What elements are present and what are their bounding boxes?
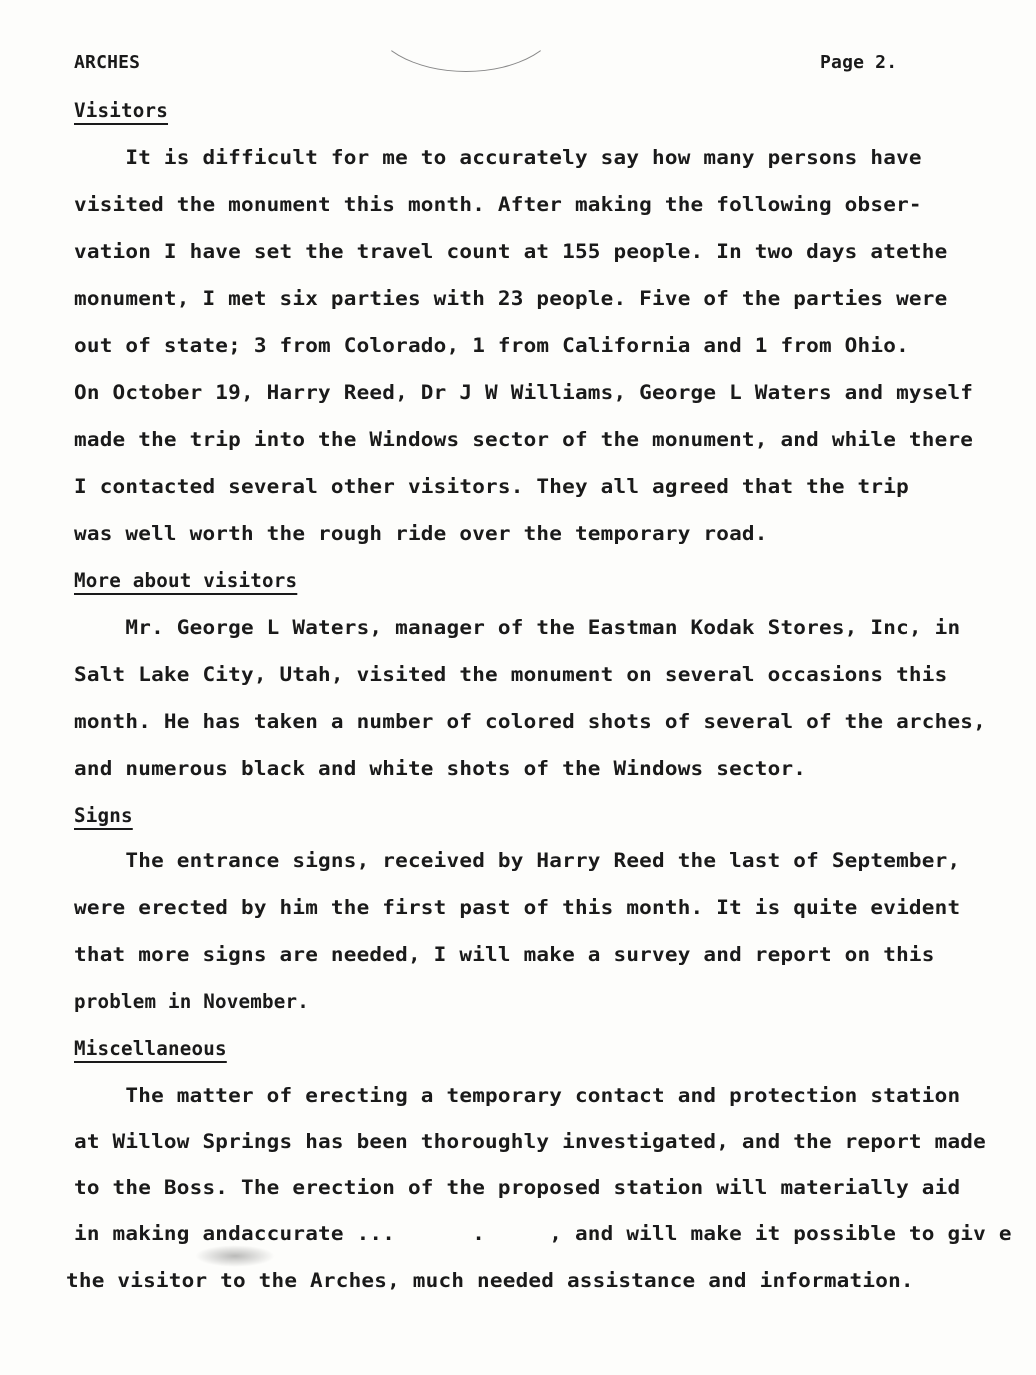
paragraph-line: I contacted several other visitors. They… [74,476,909,498]
paragraph-line: out of state; 3 from Colorado, 1 from Ca… [74,335,909,357]
paragraph-line: were erected by him the first past of th… [74,897,960,919]
paragraph-line: the visitor to the Arches, much needed a… [66,1270,914,1292]
paragraph-line: The entrance signs, received by Harry Re… [74,850,960,872]
paragraph-line: problem in November. [74,991,309,1013]
paragraph-line: made the trip into the Windows sector of… [74,429,973,451]
paragraph-line: Mr. George L Waters, manager of the East… [74,617,960,639]
section-heading-more-about-visitors: More about visitors [74,570,297,592]
paragraph-line: month. He has taken a number of colored … [74,711,986,733]
paragraph-line: at Willow Springs has been thoroughly in… [74,1131,986,1153]
paragraph-line: visited the monument this month. After m… [74,194,922,216]
paragraph-line: and numerous black and white shots of th… [74,758,806,780]
paragraph-line: that more signs are needed, I will make … [74,944,935,966]
ink-smudge [195,1245,275,1267]
section-heading-signs: Signs [74,805,133,827]
paragraph-line: It is difficult for me to accurately say… [74,147,922,169]
paragraph-line: Salt Lake City, Utah, visited the monume… [74,664,947,686]
paragraph-line: On October 19, Harry Reed, Dr J W Willia… [74,382,973,404]
paragraph-line: vation I have set the travel count at 15… [74,241,947,263]
paragraph-line: in making andaccurate ... . , and will m… [74,1223,1012,1245]
paragraph-line: The matter of erecting a temporary conta… [74,1085,960,1107]
section-heading-visitors: Visitors [74,100,168,122]
section-heading-miscellaneous: Miscellaneous [74,1038,227,1060]
page-number: Page 2. [820,52,897,74]
stain-mark [370,0,562,72]
header-title: ARCHES [74,52,140,74]
document-page: ARCHES Page 2. Visitors It is difficult … [0,0,1036,1375]
paragraph-line: was well worth the rough ride over the t… [74,523,768,545]
paragraph-line: to the Boss. The erection of the propose… [74,1177,960,1199]
paragraph-line: monument, I met six parties with 23 peop… [74,288,947,310]
